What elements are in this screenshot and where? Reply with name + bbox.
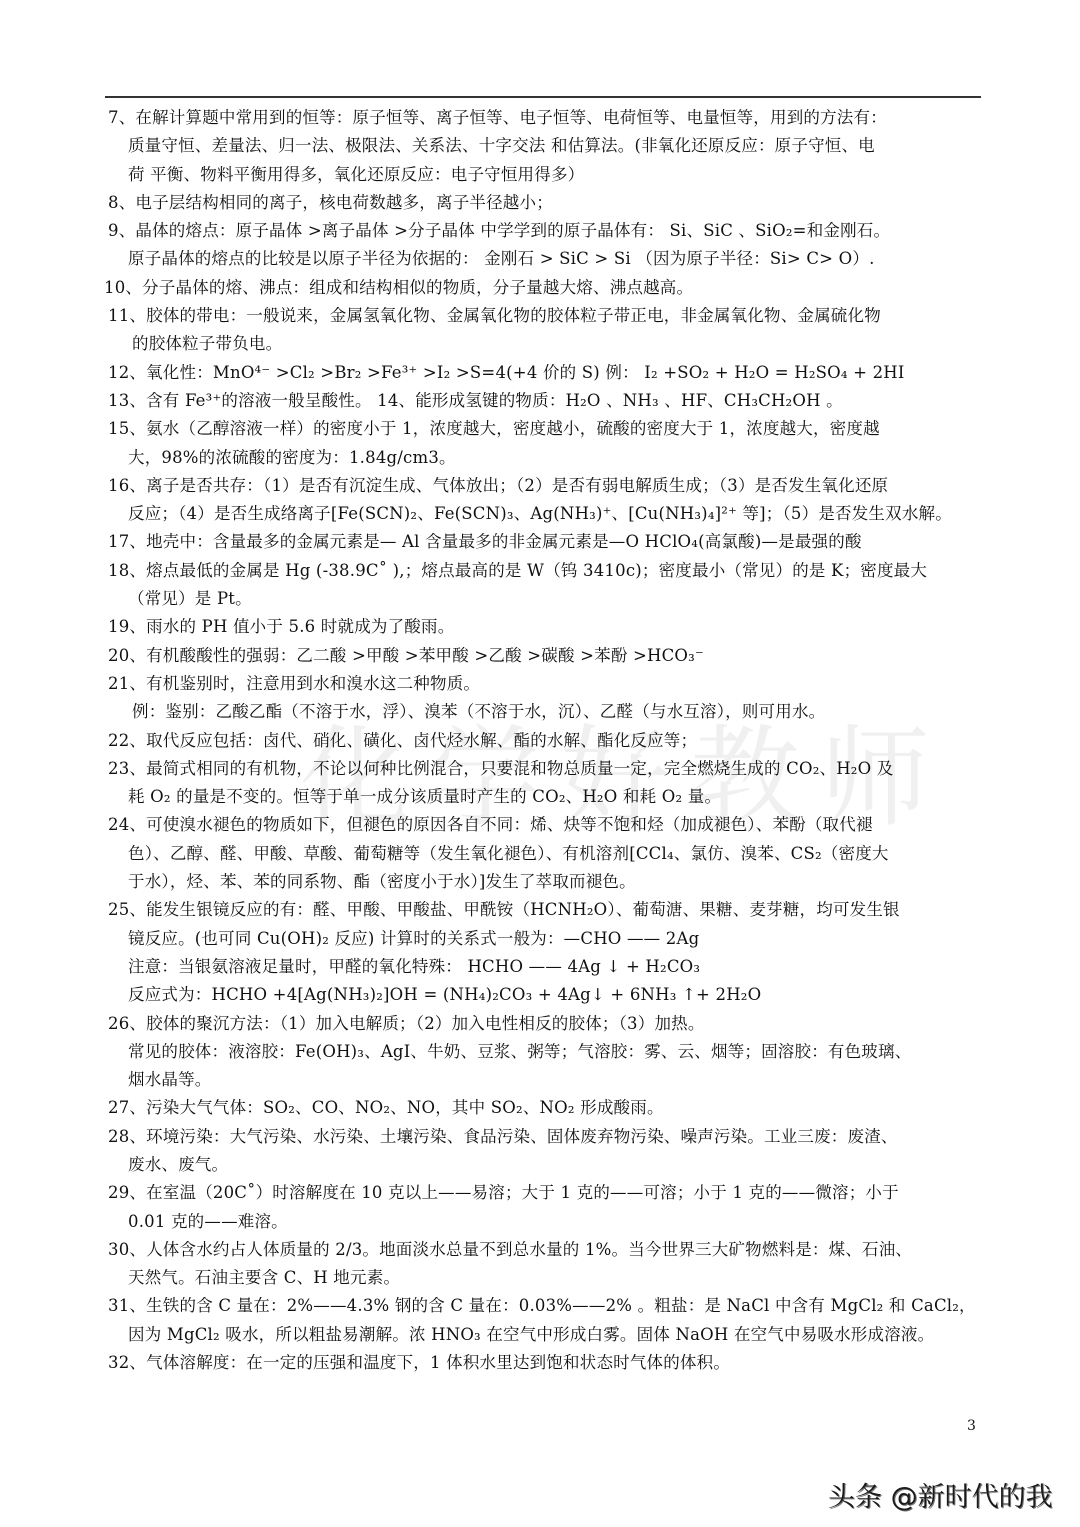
line: 荷 平衡、物料平衡用得多，氧化还原反应：电子守恒用得多） [104,161,984,189]
line: 28、环境污染：大气污染、水污染、土壤污染、食品污染、固体废弃物污染、噪声污染。… [104,1123,984,1151]
line: 15、氨水（乙醇溶液一样）的密度小于 1，浓度越大，密度越小，硫酸的密度大于 1… [104,415,984,443]
line: 质量守恒、差量法、归一法、极限法、关系法、十字交法 和估算法。(非氧化还原反应：… [104,132,984,160]
line: 12、氧化性：MnO⁴⁻ >Cl₂ >Br₂ >Fe³⁺ >I₂ >S=4(+4… [104,359,984,387]
line: 31、生铁的含 C 量在：2%——4.3% 钢的含 C 量在：0.03%——2%… [104,1292,984,1320]
line: 耗 O₂ 的量是不变的。恒等于单一成分该质量时产生的 CO₂、H₂O 和耗 O₂… [104,783,984,811]
line: 于水），烃、苯、苯的同系物、酯（密度小于水）]发生了萃取而褪色。 [104,868,984,896]
line: 原子晶体的熔点的比较是以原子半径为依据的： 金刚石 > SiC > Si （因为… [104,245,984,273]
line: 19、雨水的 PH 值小于 5.6 时就成为了酸雨。 [104,613,984,641]
line: 25、能发生银镜反应的有：醛、甲酸、甲酸盐、甲酰铵（HCNH₂O）、葡萄溏、果糖… [104,896,984,924]
line: 反应；（4）是否生成络离子[Fe(SCN)₂、Fe(SCN)₃、Ag(NH₃)⁺… [104,500,984,528]
line: 8、电子层结构相同的离子，核电荷数越多，离子半径越小； [104,189,984,217]
line: 20、有机酸酸性的强弱：乙二酸 >甲酸 >苯甲酸 >乙酸 >碳酸 >苯酚 >HC… [104,642,984,670]
line: 30、人体含水约占人体质量的 2/3。地面淡水总量不到总水量的 1%。当今世界三… [104,1236,984,1264]
line: 因为 MgCl₂ 吸水，所以粗盐易潮解。浓 HNO₃ 在空气中形成白雾。固体 N… [104,1321,984,1349]
line: 常见的胶体：液溶胶：Fe(OH)₃、AgI、牛奶、豆浆、粥等；气溶胶：雾、云、烟… [104,1038,984,1066]
line: 29、在室温（20C˚）时溶解度在 10 克以上——易溶；大于 1 克的——可溶… [104,1179,984,1207]
line: 反应式为：HCHO +4[Ag(NH₃)₂]OH = (NH₄)₂CO₃ + 4… [104,981,984,1009]
line: 13、含有 Fe³⁺的溶液一般呈酸性。 14、能形成氢键的物质：H₂O 、NH₃… [104,387,984,415]
line: 天然气。石油主要含 C、H 地元素。 [104,1264,984,1292]
line: 镜反应。(也可同 Cu(OH)₂ 反应) 计算时的关系式一般为：—CHO —— … [104,925,984,953]
line: 废水、废气。 [104,1151,984,1179]
line: 17、地壳中：含量最多的金属元素是— Al 含量最多的非金属元素是—O HClO… [104,528,984,556]
line: （常见）是 Pt。 [104,585,984,613]
line: 9、晶体的熔点：原子晶体 >离子晶体 >分子晶体 中学学到的原子晶体有： Si、… [104,217,984,245]
line: 24、可使溴水褪色的物质如下，但褪色的原因各自不同：烯、炔等不饱和烃（加成褪色）… [104,811,984,839]
header-rule [105,96,981,98]
line: 32、气体溶解度：在一定的压强和温度下，1 体积水里达到饱和状态时气体的体积。 [104,1349,984,1377]
document-body: 7、在解计算题中常用到的恒等：原子恒等、离子恒等、电子恒等、电荷恒等、电量恒等，… [104,104,984,1377]
line: 26、胶体的聚沉方法：（1）加入电解质；（2）加入电性相反的胶体；（3）加热。 [104,1010,984,1038]
line: 烟水晶等。 [104,1066,984,1094]
line: 注意：当银氨溶液足量时，甲醛的氧化特殊： HCHO —— 4Ag ↓ + H₂C… [104,953,984,981]
line: 16、离子是否共存：（1）是否有沉淀生成、气体放出；（2）是否有弱电解质生成；（… [104,472,984,500]
page-number: 3 [967,1418,976,1434]
line: 21、有机鉴别时，注意用到水和溴水这二种物质。 [104,670,984,698]
line: 0.01 克的——难溶。 [104,1208,984,1236]
line: 27、污染大气气体：SO₂、CO、NO₂、NO，其中 SO₂、NO₂ 形成酸雨。 [104,1094,984,1122]
line: 大，98%的浓硫酸的密度为：1.84g/cm3。 [104,444,984,472]
line: 7、在解计算题中常用到的恒等：原子恒等、离子恒等、电子恒等、电荷恒等、电量恒等，… [104,104,984,132]
line: 22、取代反应包括：卤代、硝化、磺化、卤代烃水解、酯的水解、酯化反应等； [104,727,984,755]
line: 23、最简式相同的有机物，不论以何种比例混合，只要混和物总质量一定，完全燃烧生成… [104,755,984,783]
line: 18、熔点最低的金属是 Hg (-38.9C˚ ),；熔点最高的是 W（钨 34… [104,557,984,585]
line: 例：鉴别：乙酸乙酯（不溶于水，浮）、溴苯（不溶于水，沉）、乙醛（与水互溶），则可… [104,698,984,726]
line: 的胶体粒子带负电。 [104,330,984,358]
line: 10、分子晶体的熔、沸点：组成和结构相似的物质，分子量越大熔、沸点越高。 [104,274,984,302]
line: 11、胶体的带电：一般说来，金属氢氧化物、金属氧化物的胶体粒子带正电，非金属氧化… [104,302,984,330]
source-watermark: 头条 @新时代的我 [828,1475,1053,1514]
line: 色）、乙醇、醛、甲酸、草酸、葡萄糖等（发生氧化褪色）、有机溶剂[CCl₄、氯仿、… [104,840,984,868]
